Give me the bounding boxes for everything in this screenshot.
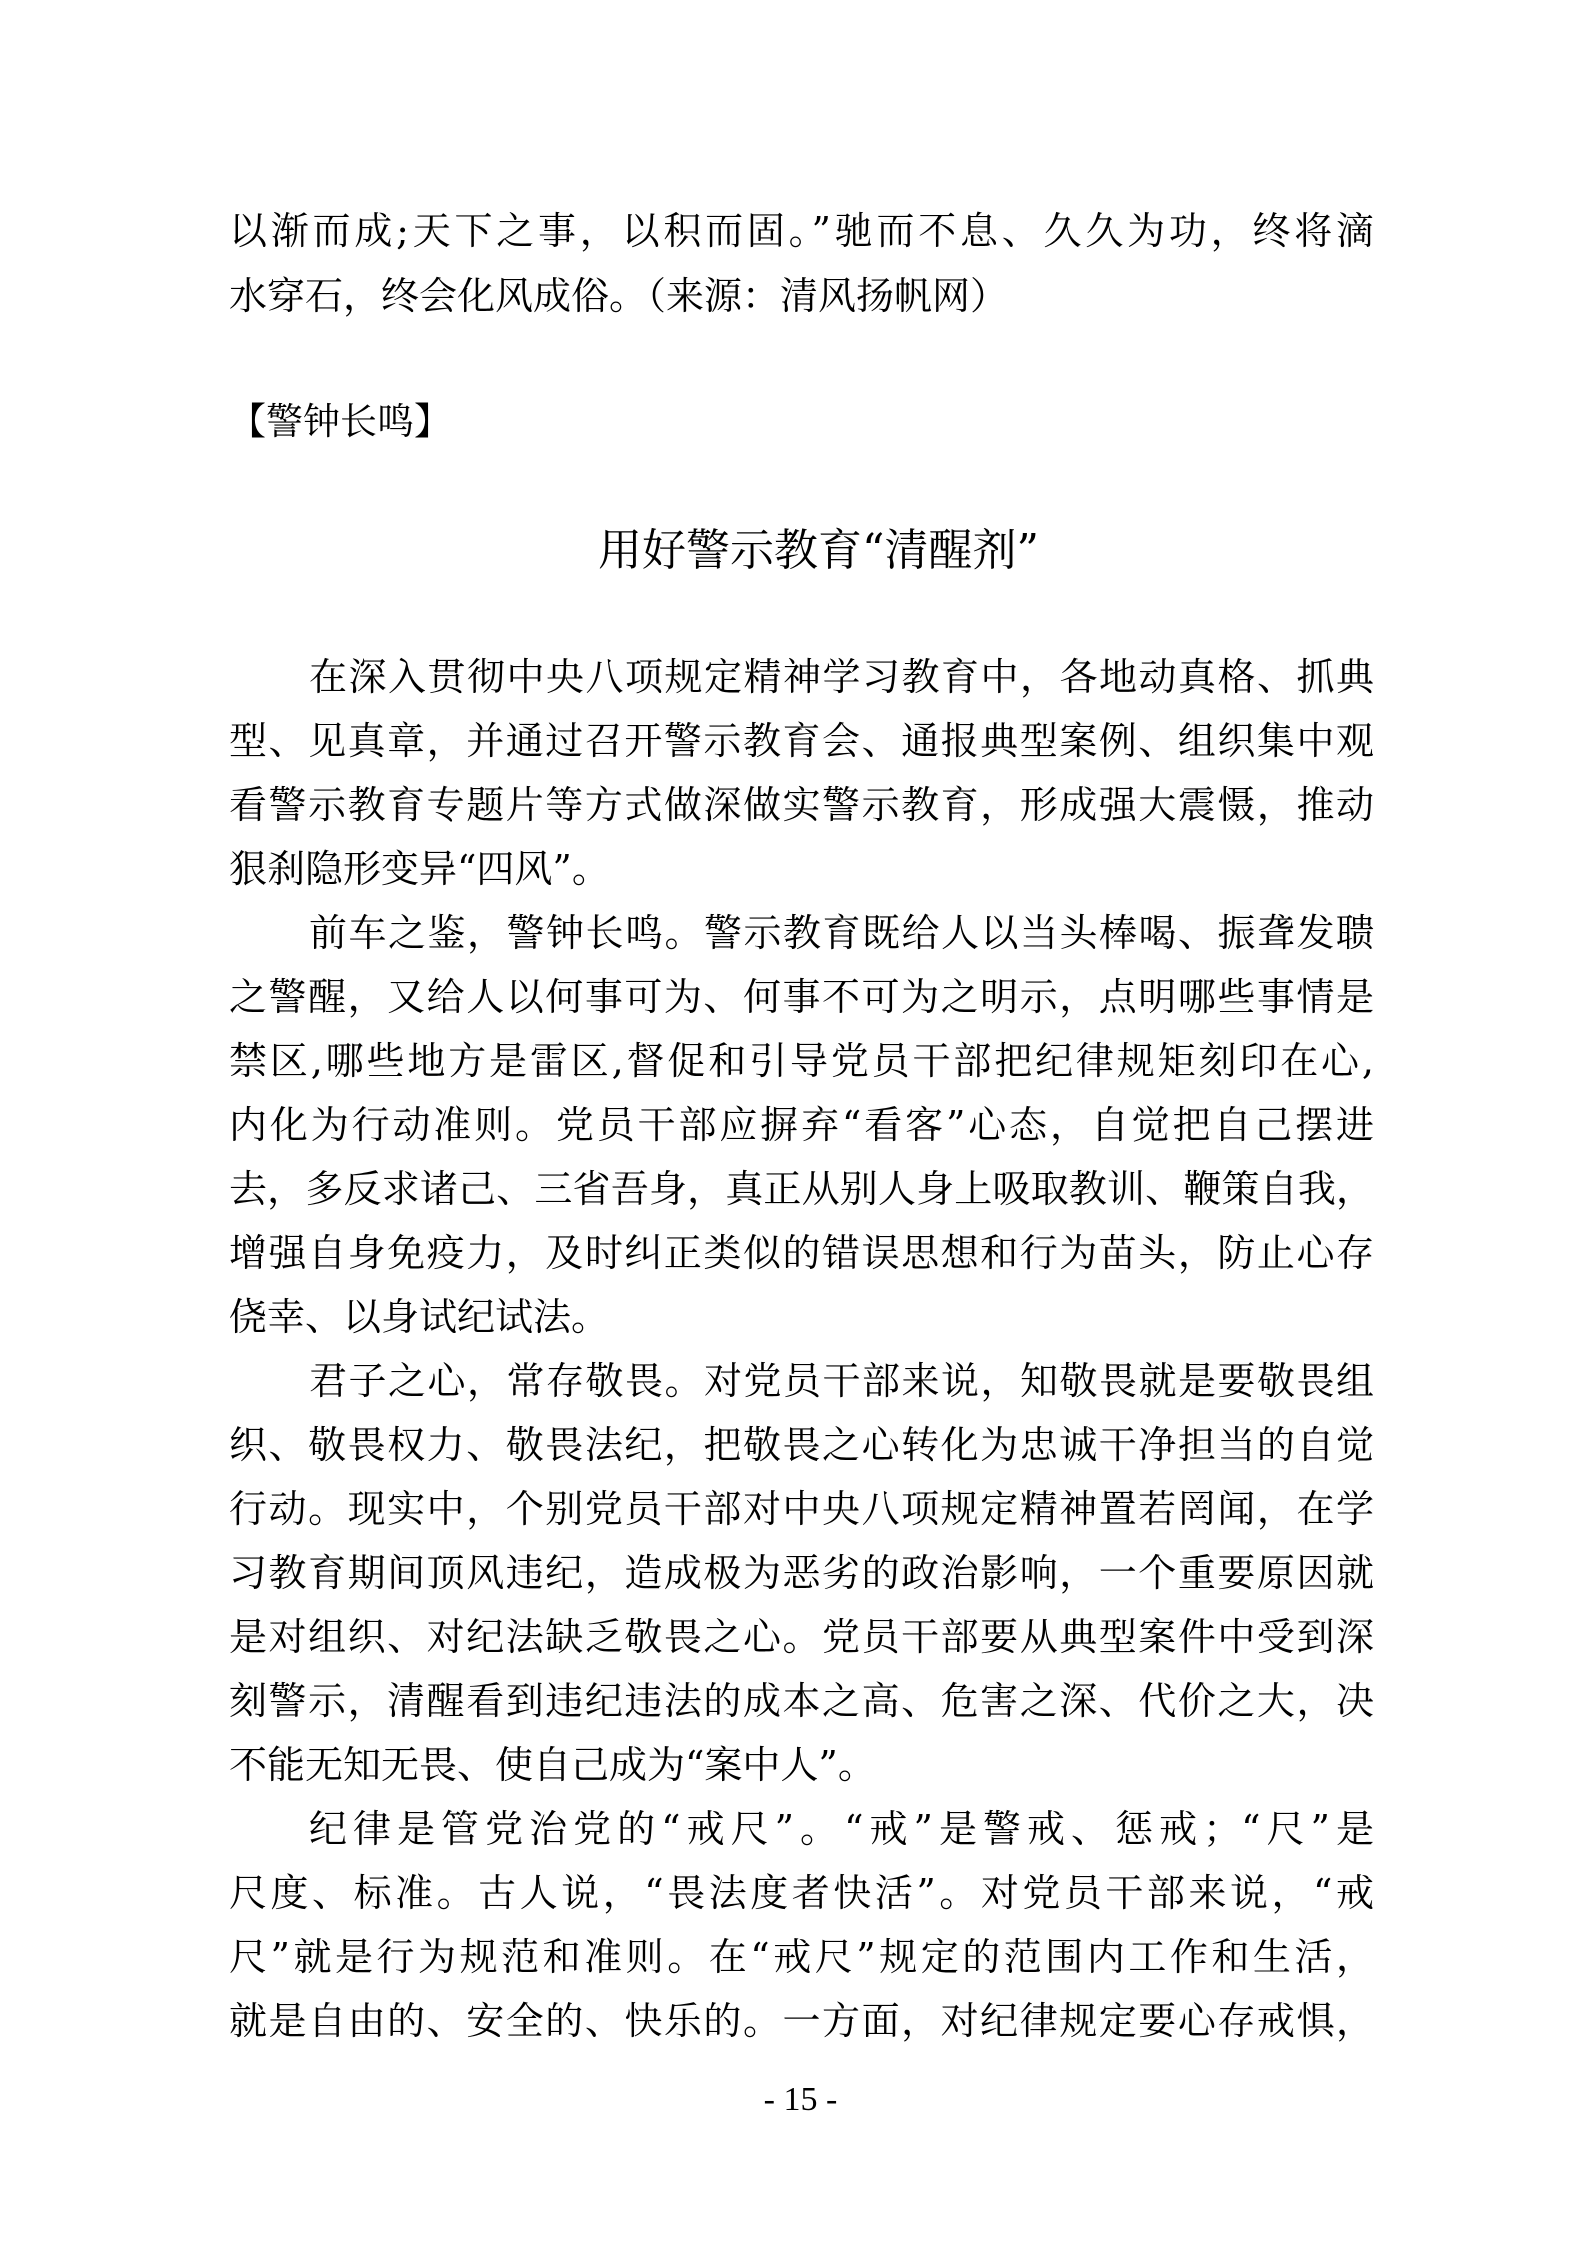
paragraph-line: 是对组织、对纪法缺乏敬畏之心。党员干部要从典型案件中受到深 xyxy=(229,1605,1374,1669)
paragraph-line: 前车之鉴，警钟长鸣。警示教育既给人以当头棒喝、振聋发聩 xyxy=(309,901,1374,965)
article-title: 用好警示教育“清醒剂” xyxy=(0,515,1587,587)
paragraph-line: 看警示教育专题片等方式做深做实警示教育，形成强大震慑，推动 xyxy=(229,773,1374,837)
paragraph-line: 行动。现实中，个别党员干部对中央八项规定精神置若罔闻，在学 xyxy=(229,1477,1374,1541)
page-number: - 15 - xyxy=(0,2078,1587,2122)
paragraph-line: 增强自身免疫力，及时纠正类似的错误思想和行为苗头，防止心存 xyxy=(229,1221,1374,1285)
paragraph-line: 不能无知无畏、使自己成为“案中人”。 xyxy=(229,1733,1374,1797)
continuation-line: 水穿石，终会化风成俗。（来源：清风扬帆网） xyxy=(229,264,1374,328)
continuation-line: 以渐而成;天下之事，以积而固。”驰而不息、久久为功，终将滴 xyxy=(229,199,1374,263)
paragraph-line: 就是自由的、安全的、快乐的。一方面，对纪律规定要心存戒惧， xyxy=(229,1989,1374,2053)
paragraph-line: 在深入贯彻中央八项规定精神学习教育中，各地动真格、抓典 xyxy=(309,645,1374,709)
paragraph-line: 之警醒，又给人以何事可为、何事不可为之明示，点明哪些事情是 xyxy=(229,965,1374,1029)
paragraph-line: 尺度、标准。古人说，“畏法度者快活”。对党员干部来说，“戒 xyxy=(229,1861,1374,1925)
section-label: 【警钟长鸣】 xyxy=(229,390,451,454)
paragraph-line: 型、见真章，并通过召开警示教育会、通报典型案例、组织集中观 xyxy=(229,709,1374,773)
paragraph-line: 侥幸、以身试纪试法。 xyxy=(229,1285,1374,1349)
paragraph-line: 禁区,哪些地方是雷区,督促和引导党员干部把纪律规矩刻印在心, xyxy=(229,1029,1374,1093)
paragraph-line: 纪律是管党治党的“戒尺”。“戒”是警戒、惩戒；“尺”是 xyxy=(309,1797,1374,1861)
paragraph-line: 狠刹隐形变异“四风”。 xyxy=(229,837,1374,901)
paragraph-line: 内化为行动准则。党员干部应摒弃“看客”心态，自觉把自己摆进 xyxy=(229,1093,1374,1157)
paragraph-line: 去，多反求诸己、三省吾身，真正从别人身上吸取教训、鞭策自我， xyxy=(229,1157,1374,1221)
paragraph-line: 尺”就是行为规范和准则。在“戒尺”规定的范围内工作和生活， xyxy=(229,1925,1374,1989)
paragraph-line: 刻警示，清醒看到违纪违法的成本之高、危害之深、代价之大，决 xyxy=(229,1669,1374,1733)
paragraph-line: 君子之心，常存敬畏。对党员干部来说，知敬畏就是要敬畏组 xyxy=(309,1349,1374,1413)
document-page: 以渐而成;天下之事，以积而固。”驰而不息、久久为功，终将滴 水穿石，终会化风成俗… xyxy=(0,0,1587,2245)
paragraph-line: 习教育期间顶风违纪，造成极为恶劣的政治影响，一个重要原因就 xyxy=(229,1541,1374,1605)
paragraph-line: 织、敬畏权力、敬畏法纪，把敬畏之心转化为忠诚干净担当的自觉 xyxy=(229,1413,1374,1477)
